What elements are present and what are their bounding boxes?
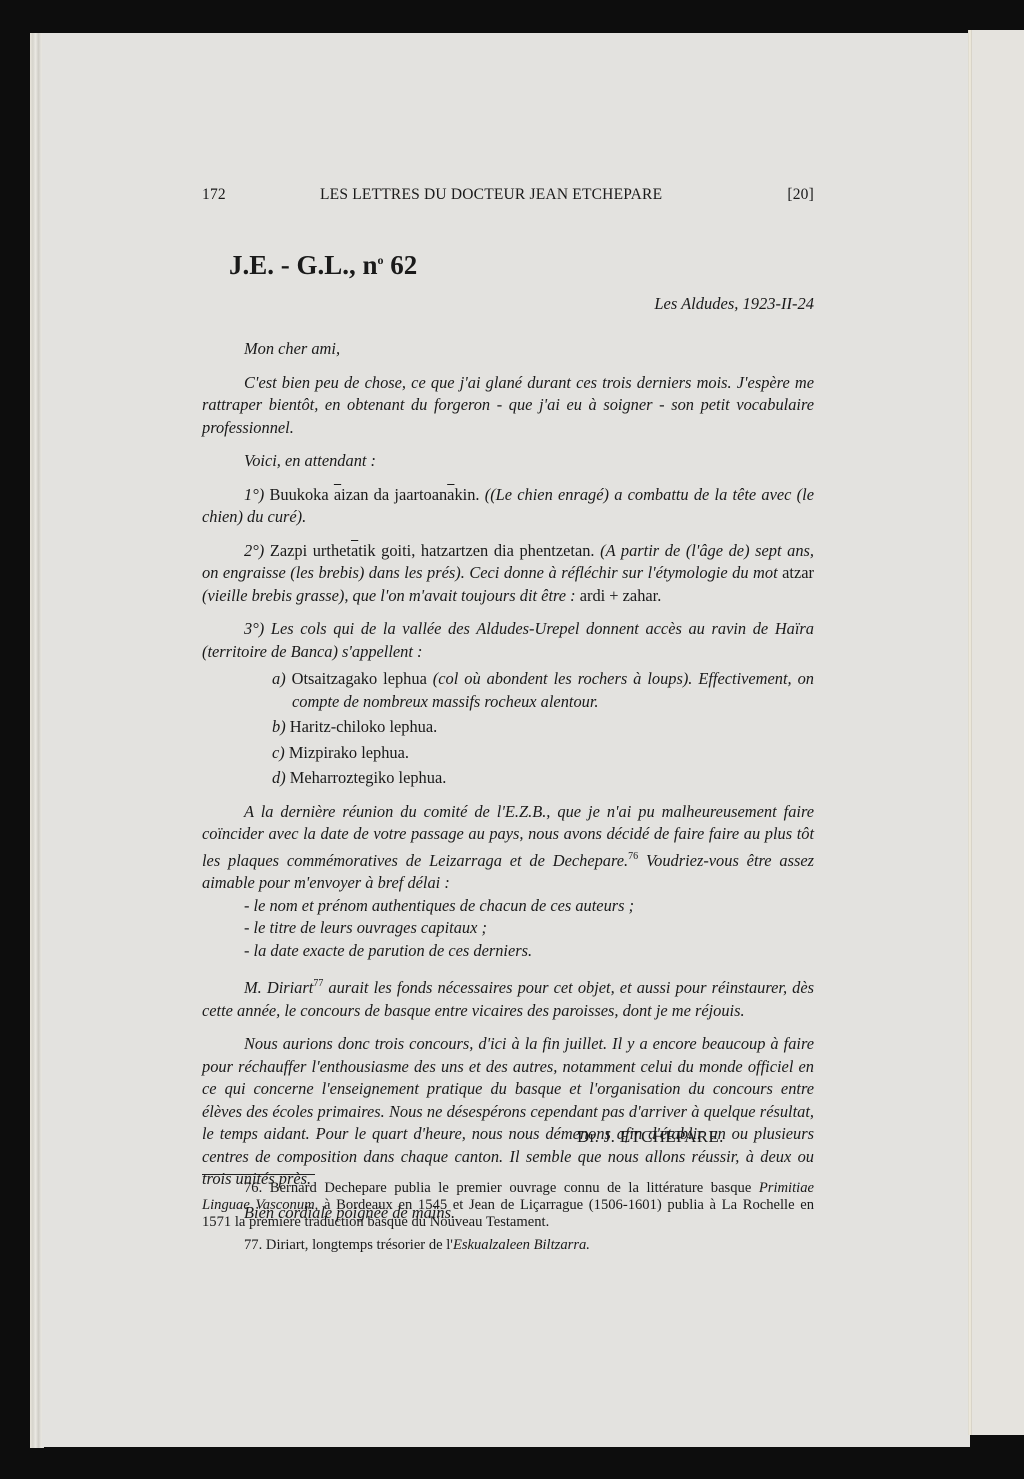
signature: Dr. J. ETCHEPARE. bbox=[577, 1127, 724, 1147]
section-number: [20] bbox=[787, 186, 814, 204]
running-head: 172 LES LETTRES DU DOCTEUR JEAN ETCHEPAR… bbox=[202, 186, 814, 204]
list-item: - la date exacte de parution de ces dern… bbox=[244, 940, 814, 963]
page-number: 172 bbox=[202, 186, 226, 204]
paragraph-concours: Nous aurions donc trois concours, d'ici … bbox=[202, 1033, 814, 1191]
footnotes: 76. Bernard Dechepare publia le premier … bbox=[202, 1180, 814, 1260]
item-3-intro: 3°) Les cols qui de la vallée des Aldude… bbox=[202, 618, 814, 663]
paragraph-diriart: M. Diriart77 aurait les fonds nécessaire… bbox=[202, 973, 814, 1022]
list-item: b) Haritz-chiloko lephua. bbox=[272, 716, 814, 739]
item-1: 1°) Buukoka aizan da jaartoanakin. ((Le … bbox=[202, 484, 814, 529]
place-date: Les Aldudes, 1923-II-24 bbox=[654, 294, 814, 314]
footnote-77: 77. Diriart, longtemps trésorier de l'Es… bbox=[202, 1237, 814, 1254]
paragraph-voici: Voici, en attendant : bbox=[202, 450, 814, 473]
footnote-76: 76. Bernard Dechepare publia le premier … bbox=[202, 1180, 814, 1231]
letter-title: J.E. - G.L., no 62 bbox=[229, 250, 417, 281]
list-item: c) Mizpirako lephua. bbox=[272, 742, 814, 765]
pass-list: a) Otsaitzagako lephua (col où abondent … bbox=[272, 668, 814, 790]
item-2: 2°) Zazpi urthetatik goiti, hatzartzen d… bbox=[202, 540, 814, 608]
request-list: - le nom et prénom authentiques de chacu… bbox=[244, 895, 814, 963]
list-item: a) Otsaitzagako lephua (col où abondent … bbox=[272, 668, 814, 713]
list-item: - le titre de leurs ouvrages capitaux ; bbox=[244, 917, 814, 940]
list-item: d) Meharroztegiko lephua. bbox=[272, 767, 814, 790]
paragraph-ezb: A la dernière réunion du comité de l'E.Z… bbox=[202, 801, 814, 895]
paragraph-intro: C'est bien peu de chose, ce que j'ai gla… bbox=[202, 372, 814, 440]
salutation: Mon cher ami, bbox=[202, 338, 814, 361]
letter-body: Mon cher ami, C'est bien peu de chose, c… bbox=[202, 338, 814, 1235]
footnote-ref-76[interactable]: 76 bbox=[628, 851, 638, 862]
footnote-ref-77[interactable]: 77 bbox=[313, 978, 323, 989]
list-item: - le nom et prénom authentiques de chacu… bbox=[244, 895, 814, 918]
facing-page-edge bbox=[972, 30, 1024, 1435]
footnote-divider bbox=[202, 1174, 315, 1175]
running-title: LES LETTRES DU DOCTEUR JEAN ETCHEPARE bbox=[320, 186, 662, 204]
